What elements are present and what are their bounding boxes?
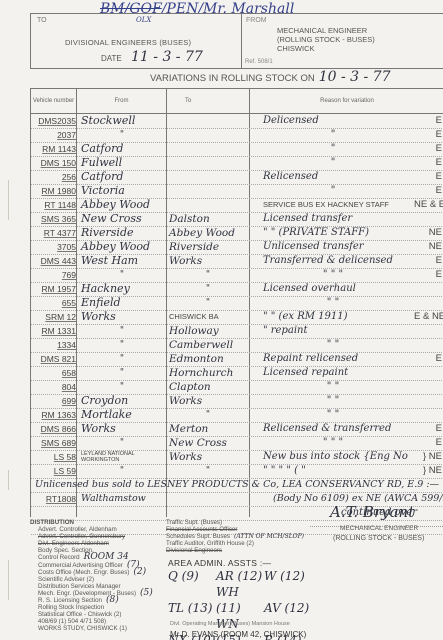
distribution-item-text: Financial Accounts Officer [166,526,237,533]
from-depot: " [81,128,163,142]
from-depot: Enfield [81,296,163,310]
engineer-code: E [414,184,442,198]
to-depot: Camberwell [169,338,247,352]
distribution-heading: DISTRIBUTION [30,519,153,526]
from-depot: Fulwell [81,156,163,170]
area-admin-label: AREA ADMIN. ASSTS :— [168,558,312,568]
vehicle-number: 769 [33,268,76,282]
engineer-code: } NE [414,464,442,478]
operating-manager-name: Mr D. EVANS (ROOM 42, CHISWICK) [170,630,306,639]
table-row: RM 1957Hackney"Licensed overhaul [31,282,443,297]
to-depot: CHISWICK BA [169,310,247,324]
distribution-item: Rolling Stock Inspection [30,604,153,611]
to-value: DIVISIONAL ENGINEERS (BUSES) [65,38,191,47]
vehicle-number: SRM 12 [33,310,76,324]
vehicle-number: DMS 443 [33,254,76,268]
engineer-code: NE [414,240,442,254]
variation-reason: Licensed repaint [253,366,423,380]
to-depot [169,184,247,198]
area-admin-row: Q (9)AR (12)W (12) [168,568,312,584]
vehicle-number: RM 1143 [33,142,76,156]
to-depot: Abbey Wood [169,226,247,240]
to-depot: " [169,282,247,296]
variation-reason: Relicensed & transferred [253,422,423,436]
distribution-item-text: Costs Office (Mech. Engr. Buses) [38,569,129,576]
scan-mark [8,560,9,600]
to-depot: Works [169,254,247,268]
to-depot: Works [169,450,247,464]
distribution-item: Financial Accounts Officer [166,526,304,533]
distribution-list: DISTRIBUTION Advert. Controller, Aldenha… [30,519,153,633]
distribution-item: Statistical Office - Chiswick (2) [30,611,153,618]
to-depot [169,492,247,506]
engineer-code: NE & E [414,198,442,212]
distribution-item: Mech. Engr. (Development - Buses)(5) [30,590,153,597]
variation-reason: " repaint [253,324,423,338]
to-depot: Hornchurch [169,366,247,380]
from-depot: " [81,436,163,450]
variation-reason: " " " " ( " [253,464,423,478]
table-row: 769""" " "E [31,268,443,283]
from-depot: Riverside [81,226,163,240]
engineer-code [414,296,442,310]
engineer-code [414,366,442,380]
vehicle-number: LS 58 [33,450,76,464]
distribution-item-note: (8) [106,595,119,605]
vehicle-number: 655 [33,296,76,310]
table-row: 3705Abbey WoodRiversideUnlicensed transf… [31,240,443,255]
from-depot: Catford [81,142,163,156]
table-row: DMS 821"EdmontonRepaint relicensedE [31,352,443,367]
distribution-list-middle: Traffic Supt. (Buses)Financial Accounts … [166,519,304,554]
from-depot: Works [81,310,163,324]
to-depot: Riverside [169,240,247,254]
from-line: (ROLLING STOCK - BUSES) [277,35,375,44]
distribution-item-text: Rolling Stock Inspection [38,604,104,611]
signature-title: MECHANICAL ENGINEER [340,525,418,532]
sold-note: Unlicensed bus sold to LESNEY PRODUCTS &… [35,478,443,492]
area-admin-row: TL (13)WH (11)AV (12) [168,584,312,616]
to-depot: Dalston [169,212,247,226]
table-row: 256CatfordRelicensedE [31,170,443,185]
table-row: SMS 365New CrossDalstonLicensed transfer [31,212,443,227]
engineer-code: E [414,422,442,436]
vehicle-number: 804 [33,380,76,394]
engineer-code [414,380,442,394]
from-depot: " [81,464,163,478]
table-row: 655Enfield"" " [31,296,443,311]
table-row: 2037""E [31,128,443,143]
table-row: LS 59""" " " " ( "} NE [31,464,443,479]
vehicle-number: RT 4377 [33,226,76,240]
from-depot: LEYLAND NATIONAL WORKINGTON [81,451,163,465]
vehicle-number: RT 1148 [33,198,76,212]
vehicle-number: DMS 821 [33,352,76,366]
engineer-code [414,394,442,408]
vehicle-number: RM 1363 [33,408,76,422]
variation-reason: " [253,156,413,170]
variations-table: Vehicle number From To Reason for variat… [30,88,443,517]
from-depot: Stockwell [81,114,163,128]
variation-reason: Licensed transfer [253,212,423,226]
distribution-item-text: Commercial Advertising Officer [38,562,123,569]
vehicle-number: SMS 689 [33,436,76,450]
table-row: DMS 866WorksMertonRelicensed & transferr… [31,422,443,437]
vehicle-number: RM 1331 [33,324,76,338]
distribution-item-text: Scientific Adviser (2) [38,576,94,583]
variation-reason: " " " [253,436,413,450]
from-depot: Walthamstow [81,492,163,506]
to-depot: " [169,296,247,310]
to-depot [169,114,247,128]
table-row: RM 1143Catford"E [31,142,443,157]
scan-mark [8,180,9,220]
distribution-item-note: (5) [140,588,153,598]
table-row: SMS 689"New Cross" " "E [31,436,443,451]
to-depot: Merton [169,422,247,436]
to-depot: Edmonton [169,352,247,366]
header-to: To [167,89,249,113]
to-depot [169,128,247,142]
distribution-item-text: Advert. Controller, Gunnersbury [38,533,125,540]
from-value: MECHANICAL ENGINEER (ROLLING STOCK - BUS… [277,26,375,53]
variation-reason: New bus into stock {Eng No [253,450,423,464]
title-label: VARIATIONS IN ROLLING STOCK ON [150,73,315,84]
to-depot [169,156,247,170]
to-label: TO [37,17,47,24]
variation-reason: Relicensed [253,170,423,184]
engineer-code: E [414,436,442,450]
distribution-item-text: WORKS STUDY, CHISWICK (1) [38,625,127,632]
distribution-middle-items: Traffic Supt. (Buses)Financial Accounts … [166,519,304,554]
to-depot [169,198,247,212]
reference: Ref. 508/1 [245,59,273,65]
variation-reason: " [253,142,413,156]
signature-subtitle: (ROLLING STOCK - BUSES) [333,535,424,542]
area-admin-entry: AV (12) [264,600,312,616]
vehicle-number: 1334 [33,338,76,352]
distribution-item-text: R. S. Licensing Section [38,597,102,604]
table-row: SRM 12WorksCHISWICK BA" " (ex RM 1911)E … [31,310,443,325]
to-depot: " [169,464,247,478]
distribution-item: Advert. Controller, Gunnersbury [30,533,153,540]
area-admin-assistants: AREA ADMIN. ASSTS :— Q (9)AR (12)W (12)T… [168,558,312,640]
distribution-item: Costs Office (Mech. Engr. Buses)(2) [30,569,153,576]
table-row: LS 58LEYLAND NATIONAL WORKINGTONWorksNew… [31,450,443,465]
area-admin-entry: W (12) [264,568,312,584]
header-vehicle: Vehicle number [31,89,76,113]
engineer-code: E [414,352,442,366]
vehicle-number: 3705 [33,240,76,254]
to-depot [169,142,247,156]
distribution-item: Traffic Auditor, Griffith House (2) [166,540,304,547]
engineer-code: E [414,142,442,156]
engineer-code [414,408,442,422]
table-row: 658"HornchurchLicensed repaint [31,366,443,381]
vehicle-number: RM 1980 [33,184,76,198]
operating-manager-label: Divl. Operating Manager (Buses) Mansion … [170,621,290,627]
vehicle-number: DMS2035 [33,114,76,128]
variation-reason: " [253,184,413,198]
area-admin-entry: WH (11) [216,584,264,616]
distribution-item-text: Mech. Engr. (Development - Buses) [38,590,136,597]
variation-reason: Unlicensed transfer [253,240,423,254]
variation-reason: " " [253,296,413,310]
title-date: 10 - 3 - 77 [319,69,391,85]
to-depot: Holloway [169,324,247,338]
distribution-item-text: Schedules Supt. Buses [166,533,230,540]
table-row: DMS 443West HamWorksTransferred & delice… [31,254,443,269]
from-depot: " [81,324,163,338]
distribution-item-text: Advert. Controller, Aldenham [38,526,117,533]
table-row: RM 1363Mortlake"" " [31,408,443,423]
engineer-code: E & NE [414,310,442,324]
to-depot: " [169,408,247,422]
from-depot: " [81,352,163,366]
distribution-item: Traffic Supt. (Buses) [166,519,304,526]
distribution-item-text: Statistical Office - Chiswick (2) [38,611,121,618]
from-depot: " [81,268,163,282]
distribution-item: Divisional Engineers [166,547,304,554]
vehicle-number: RM 1957 [33,282,76,296]
vehicle-number: DMS 866 [33,422,76,436]
vehicle-number: LS 59 [33,464,76,478]
from-depot: Works [81,422,163,436]
variation-reason: " " [253,394,413,408]
distribution-item-text: Divl. Engineers Aldenham [38,540,109,547]
distribution-item-note: (2) [133,567,146,577]
variation-reason: " " (ex RM 1911) [253,310,423,324]
variation-reason: Repaint relicensed [253,352,423,366]
table-row: 699CroydonWorks" " [31,394,443,409]
vehicle-number: DMS 150 [33,156,76,170]
engineer-code: E [414,114,442,128]
engineer-code: NE [414,226,442,240]
page-title: VARIATIONS IN ROLLING STOCK ON10 - 3 - 7… [150,69,391,85]
vehicle-number: SMS 365 [33,212,76,226]
distribution-item-text: 408/69 (1) 504 4/71 508) [38,618,106,625]
vehicle-number: 699 [33,394,76,408]
from-depot: Hackney [81,282,163,296]
engineer-code: E [414,156,442,170]
distribution-item-text: Distribution Services Manager [38,583,121,590]
signature: A.T. Bryant [330,503,414,521]
area-admin-entry: AR (12) [216,568,264,584]
engineer-code: } NE [414,450,442,464]
to-depot: Clapton [169,380,247,394]
engineer-code: E [414,128,442,142]
date-value: 11 - 3 - 77 [131,49,203,65]
variation-reason: Delicensed [253,114,423,128]
memo-header: TO DIVISIONAL ENGINEERS (BUSES) DATE 11 … [30,13,443,69]
engineer-code [414,282,442,296]
header-divider [241,14,242,68]
table-row: 804"Clapton" " [31,380,443,395]
from-depot: " [81,366,163,380]
distribution-item-text: Control Record [38,554,80,561]
variation-reason: " [253,128,413,142]
from-depot: Mortlake [81,408,163,422]
from-depot: Victoria [81,184,163,198]
to-depot [169,170,247,184]
variation-reason: " " " [253,268,413,282]
distribution-item: 408/69 (1) 504 4/71 508) [30,618,153,625]
engineer-code: E [414,268,442,282]
from-depot: " [81,338,163,352]
scan-mark [8,470,9,490]
table-row: DMS2035StockwellDelicensedE [31,114,443,129]
variation-reason: SERVICE BUS ex HACKNEY STAFF [253,198,423,212]
date-label: DATE [101,54,122,63]
engineer-code: E [414,170,442,184]
variation-reason: " " [253,380,413,394]
vehicle-number: 2037 [33,128,76,142]
distribution-item: R. S. Licensing Section(8) [30,597,153,604]
table-row: DMS 150Fulwell"E [31,156,443,171]
distribution-item-note: (ATTN OF MCH/SLOP) [234,533,304,540]
engineer-code: E [414,254,442,268]
rolling-stock-variations-memo: BM/GOF/PEN/Mr. Marshall OLX TO DIVISIONA… [0,0,443,640]
table-row: 1334"Camberwell" " [31,338,443,353]
to-depot: Works [169,394,247,408]
variation-reason: Licensed overhaul [253,282,423,296]
variation-reason: " " [253,338,413,352]
distribution-item: Scientific Adviser (2) [30,576,153,583]
table-header: Vehicle number From To Reason for variat… [31,89,443,114]
from-depot: Catford [81,170,163,184]
distribution-items: Advert. Controller, AldenhamAdvert. Cont… [30,526,153,632]
from-line: MECHANICAL ENGINEER [277,26,375,35]
distribution-item: Schedules Supt. Buses(ATTN OF MCH/SLOP) [166,533,304,540]
distribution-item: Advert. Controller, Aldenham [30,526,153,533]
table-row: RT 1148Abbey WoodSERVICE BUS ex HACKNEY … [31,198,443,213]
distribution-item-text: Traffic Supt. (Buses) [166,519,222,526]
header-from: From [77,89,166,113]
from-depot: " [81,380,163,394]
vehicle-number: 658 [33,366,76,380]
to-depot: New Cross [169,436,247,450]
table-row: RT 4377RiversideAbbey Wood" " (PRIVATE S… [31,226,443,241]
variation-reason: Transferred & delicensed [253,254,423,268]
table-row: RM 1980Victoria"E [31,184,443,199]
header-reason: Reason for variation [250,89,443,113]
from-depot: Abbey Wood [81,240,163,254]
area-admin-entry: Q (9) [168,568,216,584]
table-row-note: Unlicensed bus sold to LESNEY PRODUCTS &… [31,478,443,493]
vehicle-number: 256 [33,170,76,184]
to-depot: " [169,268,247,282]
engineer-code [414,212,442,226]
engineer-code [414,324,442,338]
engineer-code [414,338,442,352]
variation-reason: " " (PRIVATE STAFF) [253,226,423,240]
from-depot: Croydon [81,394,163,408]
from-label: FROM [246,17,267,24]
area-admin-entry: TL (13) [168,600,216,616]
from-depot: Abbey Wood [81,198,163,212]
from-line: CHISWICK [277,44,375,53]
table-row: RM 1331"Holloway" repaint [31,324,443,339]
distribution-item: Divl. Engineers Aldenham [30,540,153,547]
distribution-item: WORKS STUDY, CHISWICK (1) [30,625,153,632]
distribution-item-text: Traffic Auditor, Griffith House (2) [166,540,254,547]
vehicle-number: RT1808 [33,492,76,506]
from-depot: West Ham [81,254,163,268]
variation-reason: " " [253,408,413,422]
distribution-item: Distribution Services Manager [30,583,153,590]
distribution-item-text: Divisional Engineers [166,547,222,554]
from-depot: New Cross [81,212,163,226]
